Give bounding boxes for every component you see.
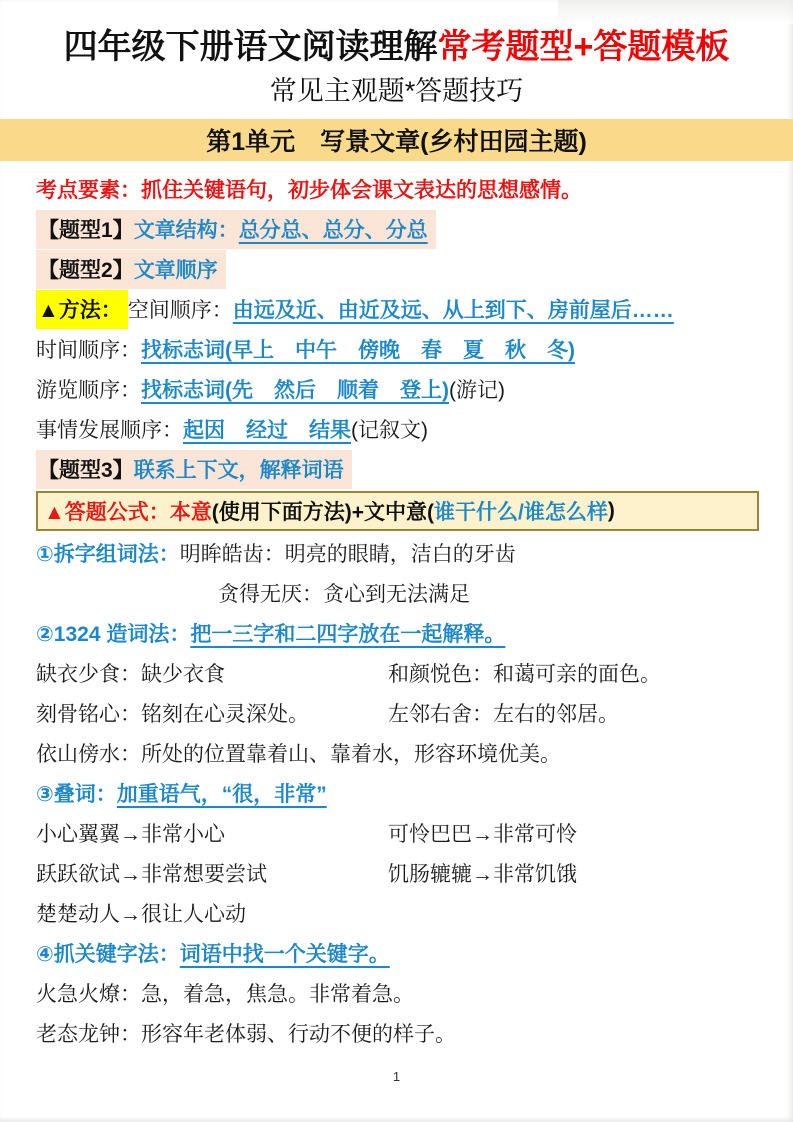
reduplication-row-2: 跃跃欲试→非常想要尝试饥肠辘辘→非常饥饿 bbox=[36, 853, 759, 893]
method-1-example: 明眸皓齿：明亮的眼睛，洁白的牙齿 bbox=[180, 538, 516, 568]
document-body: 考点要素：抓住关键语句，初步体会课文表达的思想感情。 【题型1】文章结构：总分总… bbox=[0, 161, 793, 1053]
method-3-label: ③叠词： bbox=[36, 778, 117, 808]
event-order-values: 起因 经过 结果 bbox=[183, 414, 351, 444]
idiom-pair-row-1: 缺衣少食：缺少衣食和颜悦色：和蔼可亲的面色。 bbox=[36, 653, 759, 693]
question-type-3-tag: 【题型3】 bbox=[38, 454, 134, 484]
reduplication-1-right: 可怜巴巴→非常可怜 bbox=[388, 818, 577, 848]
page-title: 四年级下册语文阅读理解常考题型+答题模板 bbox=[20, 24, 773, 70]
reduplication-row-3: 楚楚动人→很让人心动 bbox=[36, 893, 759, 933]
reduplication-2-right: 饥肠辘辘→非常饥饿 bbox=[388, 858, 577, 888]
method-1-example-2: 贪得无厌：贪心到无法满足 bbox=[218, 578, 470, 608]
question-type-1-title: 文章结构： bbox=[134, 214, 239, 244]
reduplication-3-full: 楚楚动人→很让人心动 bbox=[36, 898, 246, 928]
title-red-part: 常考题型+答题模板 bbox=[438, 28, 730, 66]
question-type-2-title: 文章顺序 bbox=[134, 254, 218, 284]
method-4-line: ④抓关键字法：词语中找一个关键字。 bbox=[36, 933, 759, 973]
method-2-rule: 把一三字和二四字放在一起解释。 bbox=[190, 618, 505, 648]
answer-formula-line: ▲答题公式：本意(使用下面方法)+文中意(谁干什么/谁怎么样) bbox=[36, 489, 759, 533]
time-order-label: 时间顺序： bbox=[36, 334, 141, 364]
question-type-2-highlight: 【题型2】文章顺序 bbox=[36, 250, 226, 289]
idiom-pair-row-2: 刻骨铭心：铭刻在心灵深处。左邻右舍：左右的邻居。 bbox=[36, 693, 759, 733]
space-order-label: 空间顺序： bbox=[128, 294, 233, 324]
reduplication-row-1: 小心翼翼→非常小心可怜巴巴→非常可怜 bbox=[36, 813, 759, 853]
question-type-2-tag: 【题型2】 bbox=[38, 254, 134, 284]
method-4-rule: 词语中找一个关键字。 bbox=[180, 938, 390, 968]
exam-points-text: 考点要素：抓住关键语句，初步体会课文表达的思想感情。 bbox=[36, 174, 582, 204]
tour-order-values: 找标志词(先 然后 顺着 登上) bbox=[141, 374, 449, 404]
key-word-example-1: 火急火燎：急，着急，焦急。非常着急。 bbox=[36, 978, 414, 1008]
event-order-line: 事情发展顺序：起因 经过 结果(记叙文) bbox=[36, 409, 759, 449]
method-label-highlight: ▲方法： bbox=[36, 290, 128, 329]
method-3-line: ③叠词：加重语气，“很，非常” bbox=[36, 773, 759, 813]
method-4-label: ④抓关键字法： bbox=[36, 938, 180, 968]
idiom-pair-1-right: 和颜悦色：和蔼可亲的面色。 bbox=[388, 658, 661, 688]
formula-mid-part: (使用下面方法)+文中意( bbox=[212, 496, 434, 526]
page-subtitle: 常见主观题*答题技巧 bbox=[0, 72, 793, 110]
title-black-part: 四年级下册语文阅读理解 bbox=[64, 28, 438, 66]
question-type-1-answer: 总分总、总分、分总 bbox=[239, 214, 428, 244]
key-word-example-1-line: 火急火燎：急，着急，焦急。非常着急。 bbox=[36, 973, 759, 1013]
idiom-pair-row-3: 依山傍水：所处的位置靠着山、靠着水，形容环境优美。 bbox=[36, 733, 759, 773]
method-1-label: ①拆字组词法： bbox=[36, 538, 180, 568]
tour-order-line: 游览顺序：找标志词(先 然后 顺着 登上)(游记) bbox=[36, 369, 759, 409]
question-type-3-title: 联系上下文，解释词语 bbox=[134, 454, 344, 484]
document-page: 四年级下册语文阅读理解常考题型+答题模板 常见主观题*答题技巧 第1单元 写景文… bbox=[0, 0, 793, 1122]
event-order-tail: (记叙文) bbox=[351, 414, 428, 444]
exam-points-line: 考点要素：抓住关键语句，初步体会课文表达的思想感情。 bbox=[36, 169, 759, 209]
question-type-3-highlight: 【题型3】联系上下文，解释词语 bbox=[36, 450, 352, 489]
time-order-values: 找标志词(早上 中午 傍晚 春 夏 秋 冬) bbox=[141, 334, 575, 364]
question-type-1-highlight: 【题型1】文章结构：总分总、总分、分总 bbox=[36, 210, 436, 249]
reduplication-2-left: 跃跃欲试→非常想要尝试 bbox=[36, 858, 388, 888]
tour-order-label: 游览顺序： bbox=[36, 374, 141, 404]
key-word-example-2-line: 老态龙钟：形容年老体弱、行动不便的样子。 bbox=[36, 1013, 759, 1053]
idiom-pair-2-left: 刻骨铭心：铭刻在心灵深处。 bbox=[36, 698, 388, 728]
page-number: 1 bbox=[0, 1069, 793, 1084]
question-type-1-tag: 【题型1】 bbox=[38, 214, 134, 244]
space-order-values: 由远及近、由近及远、从上到下、房前屋后…… bbox=[233, 294, 674, 324]
method-2-label: ②1324 造词法： bbox=[36, 618, 190, 648]
key-word-example-2: 老态龙钟：形容年老体弱、行动不便的样子。 bbox=[36, 1018, 456, 1048]
unit-banner-text: 第1单元 写景文章(乡村田园主题) bbox=[206, 122, 587, 158]
idiom-pair-2-right: 左邻右舍：左右的邻居。 bbox=[388, 698, 619, 728]
tour-order-tail: (游记) bbox=[449, 374, 505, 404]
method-3-rule: 加重语气，“很，非常” bbox=[117, 778, 327, 808]
question-type-1-line: 【题型1】文章结构：总分总、总分、分总 bbox=[36, 209, 759, 249]
idiom-pair-3-full: 依山傍水：所处的位置靠着山、靠着水，形容环境优美。 bbox=[36, 738, 561, 768]
method-1-line: ①拆字组词法：明眸皓齿：明亮的眼睛，洁白的牙齿 bbox=[36, 533, 759, 573]
method-space-order-line: ▲方法：空间顺序：由远及近、由近及远、从上到下、房前屋后…… bbox=[36, 289, 759, 329]
answer-formula-box: ▲答题公式：本意(使用下面方法)+文中意(谁干什么/谁怎么样) bbox=[36, 491, 759, 531]
event-order-label: 事情发展顺序： bbox=[36, 414, 183, 444]
idiom-pair-1-left: 缺衣少食：缺少衣食 bbox=[36, 658, 388, 688]
formula-red-part: ▲答题公式：本意 bbox=[44, 496, 212, 526]
formula-blue-part: 谁干什么/谁怎么样 bbox=[434, 496, 608, 526]
method-2-line: ②1324 造词法：把一三字和二四字放在一起解释。 bbox=[36, 613, 759, 653]
formula-tail-part: ) bbox=[608, 499, 615, 523]
question-type-3-line: 【题型3】联系上下文，解释词语 bbox=[36, 449, 759, 489]
time-order-line: 时间顺序：找标志词(早上 中午 傍晚 春 夏 秋 冬) bbox=[36, 329, 759, 369]
reduplication-1-left: 小心翼翼→非常小心 bbox=[36, 818, 388, 848]
method-1-example-2-line: 贪得无厌：贪心到无法满足 bbox=[36, 573, 759, 613]
unit-banner: 第1单元 写景文章(乡村田园主题) bbox=[0, 119, 793, 161]
scan-artifact bbox=[558, 0, 793, 24]
question-type-2-line: 【题型2】文章顺序 bbox=[36, 249, 759, 289]
